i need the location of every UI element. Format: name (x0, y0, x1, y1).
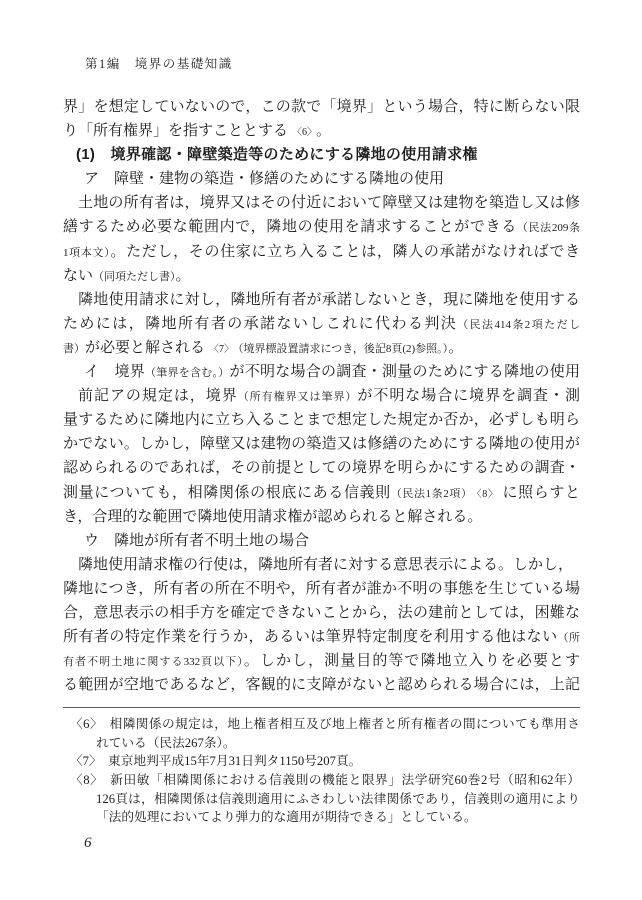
text-segment: 。しかし，測量目的等で隣地立入りを必要とす (244, 653, 580, 669)
text-segment: 繕するため必要な範囲内で，隣地の使用を請求することができる (63, 219, 517, 235)
text-line: 書）が必要と解される〈7〉（境界標設置請求につき，後記8頁(2)参照。）。 (63, 336, 580, 360)
text-segment: （民法1条2項） (391, 488, 473, 500)
body-text: 界」を想定していないので，この款で「境界」という場合，特に断らない限り「所有権界… (63, 95, 580, 697)
text-segment: 。 (448, 340, 463, 356)
text-line: 繕するため必要な範囲内で，隣地の使用を請求することができる（民法209条 (63, 215, 580, 239)
footnote-line: 「法的処理においてより弾力的な適用が期待できる」としている。 (70, 808, 580, 827)
text-segment: 隣地につき，所有者の所在不明や，所有者が誰か不明の事態を生じている場 (63, 581, 580, 597)
text-segment: に照らすと (503, 485, 580, 501)
text-segment: き，合理的な範囲で隣地使用請求権が認められると解される。 (63, 509, 482, 525)
text-line: 土地の所有者は，境界又はその付近において障壁又は建物を築造し又は修 (63, 191, 580, 215)
text-segment: 前記アの規定は，境界 (78, 388, 238, 404)
text-segment: 隣地使用請求権の行使は，隣地所有者に対する意思表示による。しかし， (78, 557, 573, 573)
text-segment: り「所有権界」を指すこととする (63, 123, 288, 139)
text-line: 量するために隣地内に立ち入ることまで想定した規定か否か，必ずしも明ら (63, 408, 580, 432)
text-line: 界」を想定していないので，この款で「境界」という場合，特に断らない限 (63, 95, 580, 119)
text-segment: （民法209条 (517, 222, 580, 234)
text-segment: （所有権界又は筆界） (238, 391, 358, 403)
text-line: 1項本文）。ただし，その住家に立ち入ることは，隣人の承諾がなければでき (63, 240, 580, 264)
page-number: 6 (84, 835, 92, 852)
text-segment: 認められるのであれば，その前提としての境界を明らかにするための調査・ (63, 460, 580, 476)
footnote-line: 〈7〉 東京地判平成15年7月31日判タ1150号207頁。 (70, 752, 580, 771)
text-segment: 。 (176, 268, 191, 284)
text-segment: 量するために隣地内に立ち入ることまで想定した規定か否か，必ずしも明ら (63, 412, 580, 428)
text-line: ない（同項ただし書）。 (63, 264, 580, 288)
footnote-ref: 〈7〉 (209, 344, 234, 355)
text-segment: かでない。しかし，障壁又は建物の築造又は修繕のためにする隣地の使用が (63, 436, 580, 452)
text-segment: ためには，隣地所有者の承諾ないしこれに代わる判決 (63, 316, 457, 332)
sub-heading: イ 境界（筆界を含む。）が不明な場合の調査・測量のためにする隣地の使用 (63, 360, 580, 384)
footnote-line: れている（民法267条）。 (70, 734, 580, 753)
text-segment: 測量についても，相隣関係の根底にある信義則 (63, 485, 391, 501)
text-segment: が必要と解される (85, 340, 205, 356)
footnote-ref: 〈8〉 (477, 489, 499, 500)
text-segment: 隣地使用請求に対し，隣地所有者が承諾しないとき，現に隣地を使用する (78, 292, 580, 308)
text-segment: （境界標設置請求につき，後記8頁(2)参照。） (238, 343, 448, 355)
text-line: き，合理的な範囲で隣地使用請求権が認められると解される。 (63, 505, 580, 529)
text-line: 所有者の特定作業を行うか，あるいは筆界特定制度を利用する他はない（所 (63, 625, 580, 649)
text-line: ためには，隣地所有者の承諾ないしこれに代わる判決（民法414条2項ただし (63, 312, 580, 336)
footnote-line: 126頁は，相隣関係は信義則適用にふさわしい法律関係であり，信義則の適用により (70, 790, 580, 809)
text-segment: （同項ただし書） (93, 271, 176, 283)
text-line: る範囲が空地であるなど，客観的に支障がないと認められる場合には，上記 (63, 673, 580, 697)
sub-heading: ウ 隣地が所有者不明土地の場合 (63, 529, 580, 553)
text-segment: ウ 隣地が所有者不明土地の場合 (84, 533, 309, 549)
text-segment: （民法414条2項ただし (457, 319, 580, 331)
footnote-ref: 〈6〉 (292, 127, 312, 138)
text-line: 隣地使用請求権の行使は，隣地所有者に対する意思表示による。しかし， (63, 553, 580, 577)
footnote-line: 〈6〉 相隣関係の規定は，地上権者相互及び地上権者と所有権者の間についても準用さ (70, 715, 580, 734)
text-line: 合，意思表示の相手方を確定できないことから，法の建前としては，困難な (63, 601, 580, 625)
text-segment: る範囲が空地であるなど，客観的に支障がないと認められる場合には，上記 (63, 677, 580, 693)
sub-heading: ア 障壁・建物の築造・修繕のためにする隣地の使用 (63, 167, 580, 191)
footnote-line: 〈8〉 新田敏「相隣関係における信義則の機能と限界」法学研究60巻2号（昭和62… (70, 771, 580, 790)
text-segment: ない (63, 268, 93, 284)
text-segment: 合，意思表示の相手方を確定できないことから，法の建前としては，困難な (63, 605, 580, 621)
text-line: 隣地使用請求に対し，隣地所有者が承諾しないとき，現に隣地を使用する (63, 288, 580, 312)
book-page: 第1編 境界の基礎知識 界」を想定していないので，この款で「境界」という場合，特… (0, 0, 642, 900)
text-segment: (1) 境界確認・障壁築造等のためにする隣地の使用請求権 (76, 146, 478, 163)
text-segment: （筆界を含む。） (145, 367, 230, 379)
text-segment: 1項本文） (63, 247, 110, 259)
text-segment: 。 (316, 123, 331, 139)
text-segment: ア 障壁・建物の築造・修繕のためにする隣地の使用 (84, 171, 444, 187)
text-segment: イ 境界 (84, 364, 145, 380)
text-line: 前記アの規定は，境界（所有権界又は筆界）が不明な場合に境界を調査・測 (63, 384, 580, 408)
text-segment: 有者不明土地に関する332頁以下） (63, 656, 244, 668)
text-line: 認められるのであれば，その前提としての境界を明らかにするための調査・ (63, 456, 580, 480)
text-segment: 所有者の特定作業を行うか，あるいは筆界特定制度を利用する他はない (63, 629, 558, 645)
text-segment: 書） (63, 343, 85, 355)
text-line: かでない。しかし，障壁又は建物の築造又は修繕のためにする隣地の使用が (63, 432, 580, 456)
text-segment: 。ただし，その住家に立ち入ることは，隣人の承諾がなければでき (110, 244, 580, 260)
footnotes-list: 〈6〉 相隣関係の規定は，地上権者相互及び地上権者と所有権者の間についても準用さ… (63, 715, 580, 827)
text-line: 隣地につき，所有者の所在不明や，所有者が誰か不明の事態を生じている場 (63, 577, 580, 601)
footnotes: 〈6〉 相隣関係の規定は，地上権者相互及び地上権者と所有権者の間についても準用さ… (63, 707, 580, 827)
section-heading: (1) 境界確認・障壁築造等のためにする隣地の使用請求権 (63, 143, 580, 167)
text-segment: が不明な場合に境界を調査・測 (357, 388, 580, 404)
text-segment: が不明な場合の調査・測量のためにする隣地の使用 (230, 364, 580, 380)
text-line: 有者不明土地に関する332頁以下）。しかし，測量目的等で隣地立入りを必要とす (63, 649, 580, 673)
text-segment: 土地の所有者は，境界又はその付近において障壁又は建物を築造し又は修 (78, 195, 580, 211)
text-line: 測量についても，相隣関係の根底にある信義則（民法1条2項）〈8〉に照らすと (63, 481, 580, 505)
text-segment: 界」を想定していないので，この款で「境界」という場合，特に断らない限 (63, 99, 580, 115)
text-segment: （所 (558, 632, 580, 644)
text-line: り「所有権界」を指すこととする〈6〉。 (63, 119, 580, 143)
running-head: 第1編 境界の基礎知識 (85, 54, 233, 72)
